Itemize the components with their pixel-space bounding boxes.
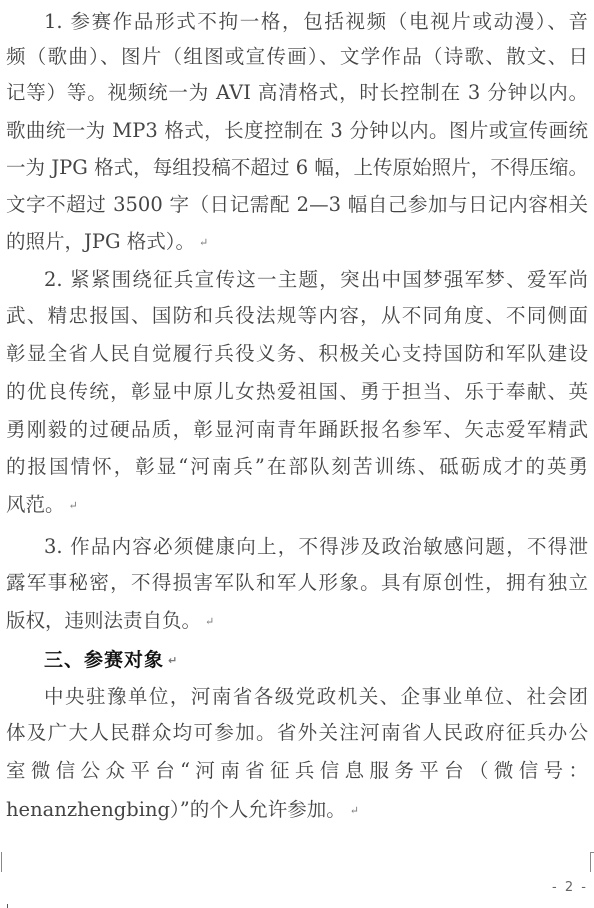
- text: 室微信公众平台“河南省征兵信息服务平台（微信号：: [6, 759, 588, 782]
- text: 的照片，JPG 格式）。: [6, 230, 195, 253]
- paragraph-2-line-7: 风范。↵: [6, 493, 588, 517]
- paragraph-2-line-1: 2. 紧紧围绕征兵宣传这一主题，突出中国梦强军梦、爱军尚: [44, 268, 588, 292]
- paragraph-2-line-3: 彰显全省人民自觉履行兵役义务、积极关心支持国防和军队建设: [6, 342, 588, 366]
- paragraph-mark-icon: ↵: [199, 236, 208, 249]
- text: henanzhengbing）”的个人允许参加。: [6, 798, 346, 821]
- text: 2. 紧紧围绕征兵宣传这一主题，突出中国梦强军梦、爱军尚: [44, 268, 588, 291]
- text: 彰显全省人民自觉履行兵役义务、积极关心支持国防和军队建设: [6, 342, 588, 365]
- text: 勇刚毅的过硬品质，彰显河南青年踊跃报名参军、矢志爱军精武: [6, 418, 588, 441]
- section-heading: 三、参赛对象↵: [44, 647, 178, 673]
- paragraph-2-line-5: 勇刚毅的过硬品质，彰显河南青年踊跃报名参军、矢志爱军精武: [6, 418, 588, 442]
- page-number: - 2 -: [552, 880, 588, 895]
- paragraph-3-line-3: 版权，违则法责自负。↵: [6, 609, 588, 633]
- paragraph-1-line-4: 歌曲统一为 MP3 格式，长度控制在 3 分钟以内。图片或宣传画统: [6, 119, 588, 143]
- text: 一为 JPG 格式，每组投稿不超过 6 幅，上传原始照片，不得压缩。: [6, 156, 588, 179]
- paragraph-3-line-2: 露军事秘密，不得损害军队和军人形象。具有原创性，拥有独立: [6, 571, 588, 595]
- paragraph-mark-icon: ↵: [350, 804, 359, 817]
- paragraph-4-line-3: 室微信公众平台“河南省征兵信息服务平台（微信号：: [6, 759, 588, 783]
- text: 记等）等。视频统一为 AVI 高清格式，时长控制在 3 分钟以内。: [6, 81, 588, 104]
- paragraph-1-line-6: 文字不超过 3500 字（日记需配 2—3 幅自己参加与日记内容相关: [6, 193, 588, 217]
- paragraph-2-line-4: 的优良传统，彰显中原儿女热爱祖国、勇于担当、乐于奉献、英: [6, 380, 588, 404]
- text: 文字不超过 3500 字（日记需配 2—3 幅自己参加与日记内容相关: [6, 193, 588, 216]
- paragraph-mark-icon: ↵: [69, 499, 78, 512]
- paragraph-1-line-2: 频（歌曲）、图片（组图或宣传画）、文学作品（诗歌、散文、日: [6, 45, 588, 69]
- text: 的优良传统，彰显中原儿女热爱祖国、勇于担当、乐于奉献、英: [6, 380, 588, 403]
- text: 3. 作品内容必须健康向上，不得涉及政治敏感问题，不得泄: [44, 535, 588, 558]
- paragraph-4-line-2: 体及广大人民群众均可参加。省外关注河南省人民政府征兵办公: [6, 721, 588, 745]
- paragraph-1-line-7: 的照片，JPG 格式）。↵: [6, 230, 588, 254]
- text: 的报国情怀，彰显“河南兵”在部队刻苦训练、砥砺成才的英勇: [6, 455, 588, 478]
- margin-marker-right: [590, 852, 591, 872]
- text: 中央驻豫单位，河南省各级党政机关、企事业单位、社会团: [44, 685, 588, 708]
- paragraph-2-line-6: 的报国情怀，彰显“河南兵”在部队刻苦训练、砥砺成才的英勇: [6, 455, 588, 479]
- text: 风范。: [6, 493, 65, 516]
- paragraph-1-line-5: 一为 JPG 格式，每组投稿不超过 6 幅，上传原始照片，不得压缩。: [6, 156, 588, 180]
- text: 频（歌曲）、图片（组图或宣传画）、文学作品（诗歌、散文、日: [6, 45, 588, 68]
- margin-marker-bottom: [7, 904, 8, 908]
- paragraph-1-line-1: 1. 参赛作品形式不拘一格，包括视频（电视片或动漫）、音: [44, 10, 588, 34]
- paragraph-1-line-3: 记等）等。视频统一为 AVI 高清格式，时长控制在 3 分钟以内。: [6, 81, 588, 105]
- text: 1. 参赛作品形式不拘一格，包括视频（电视片或动漫）、音: [44, 10, 588, 33]
- text: 歌曲统一为 MP3 格式，长度控制在 3 分钟以内。图片或宣传画统: [6, 119, 588, 142]
- text: 露军事秘密，不得损害军队和军人形象。具有原创性，拥有独立: [6, 571, 588, 594]
- text: 版权，违则法责自负。: [6, 609, 201, 632]
- paragraph-mark-icon: ↵: [205, 615, 214, 628]
- text: 武、精忠报国、国防和兵役法规等内容，从不同角度、不同侧面: [6, 304, 588, 327]
- paragraph-mark-icon: ↵: [168, 654, 178, 667]
- paragraph-3-line-1: 3. 作品内容必须健康向上，不得涉及政治敏感问题，不得泄: [44, 535, 588, 559]
- paragraph-4-line-4: henanzhengbing）”的个人允许参加。↵: [6, 798, 588, 822]
- margin-marker-left: [1, 852, 2, 872]
- heading-text: 三、参赛对象: [44, 649, 164, 671]
- paragraph-2-line-2: 武、精忠报国、国防和兵役法规等内容，从不同角度、不同侧面: [6, 304, 588, 328]
- margin-marker-right-corner: [590, 852, 594, 853]
- text: 体及广大人民群众均可参加。省外关注河南省人民政府征兵办公: [6, 721, 588, 744]
- document-page: 1. 参赛作品形式不拘一格，包括视频（电视片或动漫）、音 频（歌曲）、图片（组图…: [0, 0, 594, 908]
- paragraph-4-line-1: 中央驻豫单位，河南省各级党政机关、企事业单位、社会团: [44, 685, 588, 709]
